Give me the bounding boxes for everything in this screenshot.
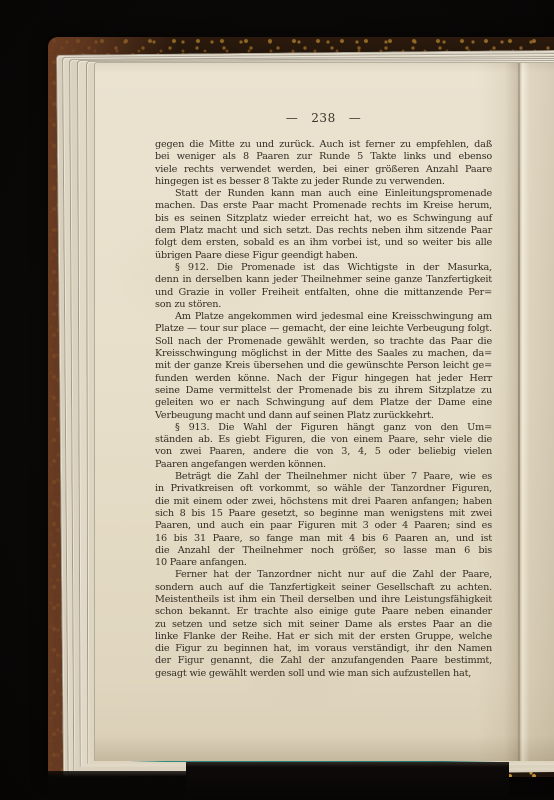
- text-line: Platze — tour sur place — gemacht, der e…: [155, 323, 492, 335]
- text-line: § 913. Die Wahl der Figuren hängt ganz v…: [155, 422, 492, 434]
- text-line: Paaren angefangen werden können.: [155, 459, 492, 471]
- text-line: Statt der Runden kann man auch eine Einl…: [155, 188, 492, 200]
- text-line: bis es seinen Sitzplatz wieder erreicht …: [155, 213, 492, 225]
- book-photo: — 238 — gegen die Mitte zu und zurück. A…: [0, 0, 554, 800]
- text-line: schon bekannt. Er trachte also einige gu…: [155, 606, 492, 618]
- text-line: hingegen ist es besser 8 Takte zu jeder …: [155, 176, 492, 188]
- text-line: Meistentheils ist ihm ein Theil derselbe…: [155, 594, 492, 606]
- book-page: — 238 — gegen die Mitte zu und zurück. A…: [94, 62, 554, 761]
- text-line: Ferner hat der Tanzordner nicht nur auf …: [155, 569, 492, 581]
- text-line: linke Flanke der Reihe. Hat er sich mit …: [155, 631, 492, 643]
- text-line: die mit einem oder zwei, höchstens mit d…: [155, 496, 492, 508]
- text-line: die Anzahl der Theilnehmer noch größer, …: [155, 545, 492, 557]
- header-dash-left: —: [286, 111, 299, 125]
- text-line: Am Platze angekommen wird jedesmal eine …: [155, 311, 492, 323]
- text-line: zu setzen und setze sich mit seiner Dame…: [155, 619, 492, 631]
- page-header: — 238 —: [155, 111, 492, 125]
- text-line: der Figur genannt, die Zahl der anzufang…: [155, 655, 492, 667]
- text-line: geleiten wo er nach Schwingung auf dem P…: [155, 397, 492, 409]
- text-line: Beträgt die Zahl der Theilnehmer nicht ü…: [155, 471, 492, 483]
- text-lines: gegen die Mitte zu und zurück. Auch ist …: [155, 139, 492, 680]
- text-line: 10 Paare anfangen.: [155, 557, 492, 569]
- text-line: mit der ganze Kreis übersehen und die ge…: [155, 360, 492, 372]
- bottom-shadow-left: [48, 771, 188, 800]
- text-line: machen. Das erste Paar macht Promenade r…: [155, 200, 492, 212]
- text-block: — 238 — gegen die Mitte zu und zurück. A…: [155, 111, 492, 680]
- text-line: son zu stören.: [155, 299, 492, 311]
- text-line: bei weniger als 8 Paaren zur Runde 5 Tak…: [155, 151, 492, 163]
- text-line: gesagt wie gewählt werden soll und wie m…: [155, 668, 492, 680]
- text-line: die Figur zu beginnen hat, im voraus ver…: [155, 643, 492, 655]
- text-line: Soll nach der Promenade gewählt werden, …: [155, 336, 492, 348]
- text-line: viele rechts verwendet werden, bei einer…: [155, 164, 492, 176]
- text-line: folgt dem ersten, sobald es an ihm vorbe…: [155, 237, 492, 249]
- text-line: sondern auch auf die Tanzfertigkeit sein…: [155, 582, 492, 594]
- text-line: sich 8 bis 15 Paare gesetzt, so beginne …: [155, 508, 492, 520]
- text-line: funden werden könne. Nach der Figur hing…: [155, 373, 492, 385]
- text-line: gegen die Mitte zu und zurück. Auch ist …: [155, 139, 492, 151]
- text-line: in Privatkreisen oft vorkommt, so wähle …: [155, 483, 492, 495]
- text-line: von zwei Paaren, andere die von 3, 4, 5 …: [155, 446, 492, 458]
- text-line: und Grazie in voller Freiheit entfalten,…: [155, 287, 492, 299]
- text-line: § 912. Die Promenade ist das Wichtigste …: [155, 262, 492, 274]
- gutter-crease: [518, 63, 520, 761]
- text-line: Kreisschwingung möglichst in der Mitte d…: [155, 348, 492, 360]
- text-line: ständen ab. Es giebt Figuren, die von ei…: [155, 434, 492, 446]
- text-line: Paaren, und auch ein paar Figuren mit 3 …: [155, 520, 492, 532]
- text-line: Verbeugung macht und dann auf seinen Pla…: [155, 410, 492, 422]
- text-line: 16 bis 31 Paare, so fange man mit 4 bis …: [155, 533, 492, 545]
- page-number: 238: [311, 111, 335, 125]
- text-line: dem Platz macht und sich setzt. Das rech…: [155, 225, 492, 237]
- bottom-shadow-mid: [186, 762, 509, 800]
- text-line: seine Dame vermittelst der Promenade bis…: [155, 385, 492, 397]
- text-line: denn in derselben kann jeder Theilnehmer…: [155, 274, 492, 286]
- text-line: übrigen Paare diese Figur geendigt haben…: [155, 250, 492, 262]
- header-dash-right: —: [349, 111, 362, 125]
